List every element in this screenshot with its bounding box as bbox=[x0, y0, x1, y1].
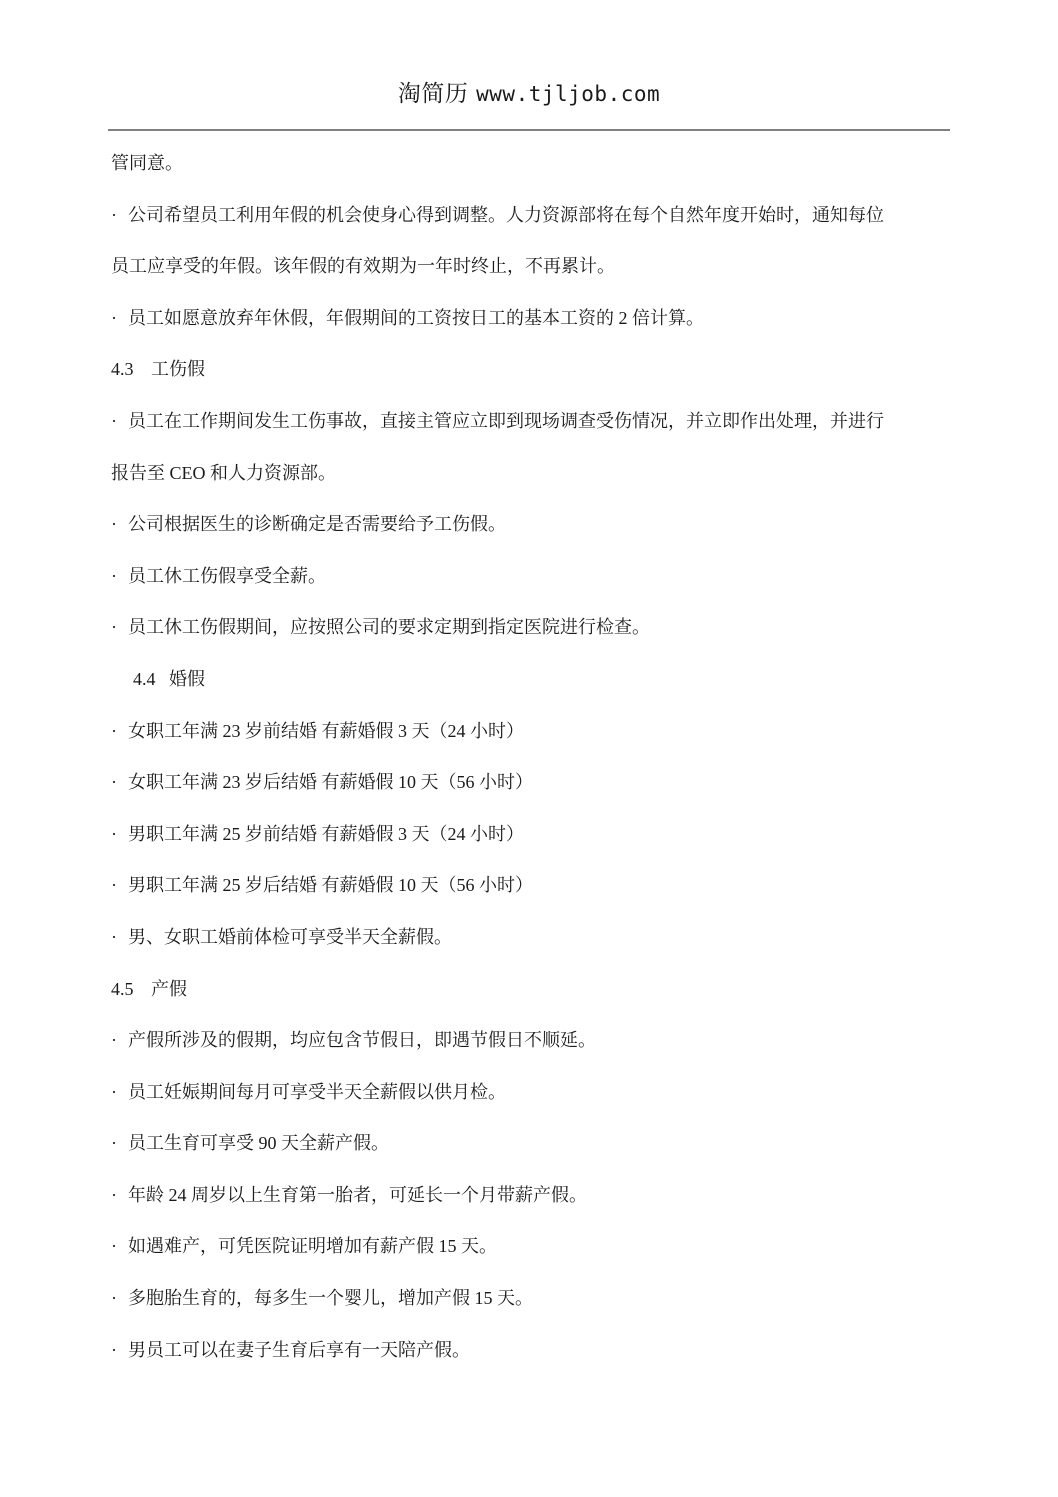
paragraph-continuation: 员工应享受的年假。该年假的有效期为一年时终止，不再累计。 bbox=[111, 241, 956, 293]
line-text: 男员工可以在妻子生育后享有一天陪产假。 bbox=[128, 1340, 470, 1360]
header-site-url: www.tjljob.com bbox=[476, 82, 660, 106]
line-text: 管同意。 bbox=[111, 153, 183, 173]
bullet-item: 女职工年满 23 岁前结婚 有薪婚假 3 天（24 小时） bbox=[111, 706, 956, 758]
bullet-item: 员工生育可享受 90 天全薪产假。 bbox=[111, 1118, 956, 1170]
line-text: 员工应享受的年假。该年假的有效期为一年时终止，不再累计。 bbox=[111, 256, 615, 276]
bullet-item: 员工休工伤假享受全薪。 bbox=[111, 551, 956, 603]
line-text: 女职工年满 23 岁后结婚 有薪婚假 10 天（56 小时） bbox=[128, 772, 533, 792]
bullet-item: 男职工年满 25 岁后结婚 有薪婚假 10 天（56 小时） bbox=[111, 860, 956, 912]
bullet-item: 员工如愿意放弃年休假，年假期间的工资按日工的基本工资的 2 倍计算。 bbox=[111, 293, 956, 345]
bullet-item: 产假所涉及的假期，均应包含节假日，即遇节假日不顺延。 bbox=[111, 1015, 956, 1067]
line-text: 男职工年满 25 岁后结婚 有薪婚假 10 天（56 小时） bbox=[128, 875, 533, 895]
section-number: 4.5 bbox=[111, 964, 151, 1016]
header-divider bbox=[108, 129, 950, 131]
line-text: 员工生育可享受 90 天全薪产假。 bbox=[128, 1133, 389, 1153]
line-text: 员工休工伤假期间，应按照公司的要求定期到指定医院进行检查。 bbox=[128, 617, 650, 637]
section-title: 工伤假 bbox=[151, 359, 205, 379]
line-text: 公司根据医生的诊断确定是否需要给予工伤假。 bbox=[128, 514, 506, 534]
line-text: 产假所涉及的假期，均应包含节假日，即遇节假日不顺延。 bbox=[128, 1030, 596, 1050]
line-text: 男、女职工婚前体检可享受半天全薪假。 bbox=[128, 927, 452, 947]
bullet-item: 如遇难产，可凭医院证明增加有薪产假 15 天。 bbox=[111, 1221, 956, 1273]
bullet-item: 男职工年满 25 岁前结婚 有薪婚假 3 天（24 小时） bbox=[111, 809, 956, 861]
line-text: 员工如愿意放弃年休假，年假期间的工资按日工的基本工资的 2 倍计算。 bbox=[128, 308, 704, 328]
bullet-item: 员工休工伤假期间，应按照公司的要求定期到指定医院进行检查。 bbox=[111, 602, 956, 654]
line-text: 年龄 24 周岁以上生育第一胎者，可延长一个月带薪产假。 bbox=[128, 1185, 587, 1205]
section-heading-4-5: 4.5产假 bbox=[111, 964, 956, 1016]
section-heading-4-3: 4.3工伤假 bbox=[111, 344, 956, 396]
bullet-item: 多胞胎生育的，每多生一个婴儿，增加产假 15 天。 bbox=[111, 1273, 956, 1325]
bullet-item: 男、女职工婚前体检可享受半天全薪假。 bbox=[111, 912, 956, 964]
header-brand: 淘简历 bbox=[398, 81, 469, 107]
line-text: 男职工年满 25 岁前结婚 有薪婚假 3 天（24 小时） bbox=[128, 824, 524, 844]
section-title: 婚假 bbox=[169, 669, 205, 689]
section-heading-4-4: 4.4婚假 bbox=[111, 654, 956, 706]
document-body: 管同意。 公司希望员工利用年假的机会使身心得到调整。人力资源部将在每个自然年度开… bbox=[111, 138, 956, 1376]
section-number: 4.4 bbox=[133, 654, 169, 706]
bullet-item: 男员工可以在妻子生育后享有一天陪产假。 bbox=[111, 1325, 956, 1377]
line-text: 报告至 CEO 和人力资源部。 bbox=[111, 463, 336, 483]
line-text: 员工在工作期间发生工伤事故，直接主管应立即到现场调查受伤情况，并立即作出处理，并… bbox=[128, 411, 884, 431]
bullet-item: 员工妊娠期间每月可享受半天全薪假以供月检。 bbox=[111, 1067, 956, 1119]
bullet-item: 公司根据医生的诊断确定是否需要给予工伤假。 bbox=[111, 499, 956, 551]
bullet-item: 年龄 24 周岁以上生育第一胎者，可延长一个月带薪产假。 bbox=[111, 1170, 956, 1222]
section-number: 4.3 bbox=[111, 344, 151, 396]
line-text: 公司希望员工利用年假的机会使身心得到调整。人力资源部将在每个自然年度开始时，通知… bbox=[128, 205, 884, 225]
paragraph-continuation: 报告至 CEO 和人力资源部。 bbox=[111, 448, 956, 500]
section-title: 产假 bbox=[151, 979, 187, 999]
bullet-item: 员工在工作期间发生工伤事故，直接主管应立即到现场调查受伤情况，并立即作出处理，并… bbox=[111, 396, 956, 448]
line-text: 多胞胎生育的，每多生一个婴儿，增加产假 15 天。 bbox=[128, 1288, 533, 1308]
paragraph-continuation: 管同意。 bbox=[111, 138, 956, 190]
line-text: 员工休工伤假享受全薪。 bbox=[128, 566, 326, 586]
bullet-item: 女职工年满 23 岁后结婚 有薪婚假 10 天（56 小时） bbox=[111, 757, 956, 809]
line-text: 如遇难产，可凭医院证明增加有薪产假 15 天。 bbox=[128, 1236, 497, 1256]
page-header: 淘简历 www.tjljob.com bbox=[0, 76, 1058, 112]
line-text: 员工妊娠期间每月可享受半天全薪假以供月检。 bbox=[128, 1082, 506, 1102]
bullet-item: 公司希望员工利用年假的机会使身心得到调整。人力资源部将在每个自然年度开始时，通知… bbox=[111, 190, 956, 242]
line-text: 女职工年满 23 岁前结婚 有薪婚假 3 天（24 小时） bbox=[128, 721, 524, 741]
